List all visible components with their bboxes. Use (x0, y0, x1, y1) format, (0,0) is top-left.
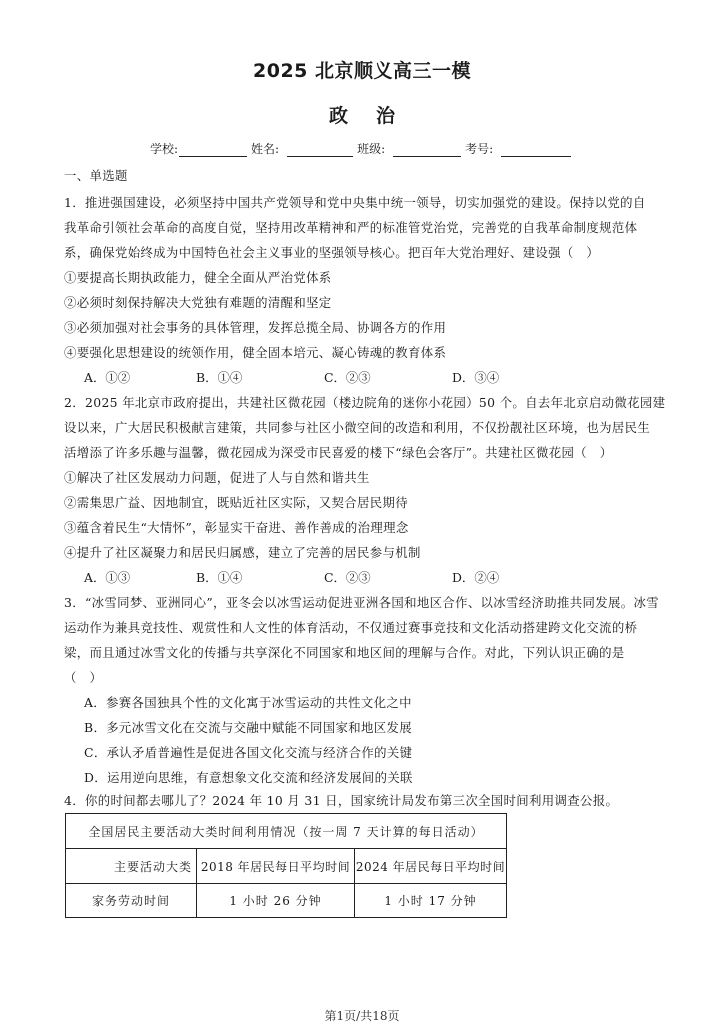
page-indicator: 第1页/共18页 (0, 1007, 724, 1024)
question-text-line: 设以来，广大居民积极献言建策，共同参与社区小微空间的改造和利用，不仅扮靓社区环境… (64, 418, 650, 436)
question-text-line: 4．你的时间都去哪儿了？2024 年 10 月 31 日，国家统计局发布第三次全… (64, 791, 618, 809)
school-field[interactable] (179, 144, 247, 157)
question-text-line: 系，确保党始终成为中国特色社会主义事业的坚强领导核心。把百年大党治理好、建设强（… (64, 243, 599, 261)
option-a[interactable]: A．①② (84, 368, 130, 386)
table-cell-category: 家务劳动时间 (66, 884, 197, 918)
statement-2: ②必须时刻保持解决大党独有难题的清醒和坚定 (64, 293, 332, 311)
statement-2: ②需集思广益、因地制宜，既贴近社区实际，又契合居民期待 (64, 493, 408, 511)
statement-1: ①要提高长期执政能力，健全全面从严治党体系 (64, 268, 332, 286)
option-c[interactable]: C．承认矛盾普遍性是促进各国文化交流与经济合作的关键 (84, 743, 412, 761)
option-d[interactable]: D．②④ (452, 568, 499, 586)
statement-1: ①解决了社区发展动力问题，促进了人与自然和谐共生 (64, 468, 370, 486)
option-d[interactable]: D．③④ (452, 368, 499, 386)
statement-3: ③蕴含着民生“大情怀”，彰显实干奋进、善作善成的治理理念 (64, 518, 409, 536)
option-b[interactable]: B．多元冰雪文化在交流与交融中赋能不同国家和地区发展 (84, 718, 412, 736)
table-header-category: 主要活动大类 (66, 849, 197, 884)
option-d[interactable]: D．运用逆向思维，有意想象文化交流和经济发展间的关联 (84, 768, 413, 786)
table-row: 家务劳动时间 1 小时 26 分钟 1 小时 17 分钟 (66, 884, 507, 918)
option-c[interactable]: C．②③ (324, 568, 371, 586)
question-text-line: （ ） (64, 668, 102, 686)
question-text-line: 活增添了许多乐趣与温馨，微花园成为深受市民喜爱的楼下“绿色会客厅”。共建社区微花… (64, 443, 612, 461)
table-cell-2018: 1 小时 26 分钟 (197, 884, 355, 918)
table-caption: 全国居民主要活动大类时间利用情况（按一周 7 天计算的每日活动） (66, 814, 507, 849)
statement-4: ④提升了社区凝聚力和居民归属感，建立了完善的居民参与机制 (64, 543, 421, 561)
exam-number-label: 考号: (465, 140, 493, 157)
table-header-2024: 2024 年居民每日平均时间 (355, 849, 507, 884)
student-info-row: 学校: 姓名: 班级: 考号: (150, 140, 575, 157)
question-text-line: 1．推进强国建设，必须坚持中国共产党领导和党中央集中统一领导，切实加强党的建设。… (64, 193, 646, 211)
statement-3: ③必须加强对社会事务的具体管理，发挥总揽全局、协调各方的作用 (64, 318, 446, 336)
school-label: 学校: (150, 140, 178, 157)
name-label: 姓名: (251, 140, 279, 157)
statement-4: ④要强化思想建设的统领作用，健全固本培元、凝心铸魂的教育体系 (64, 343, 446, 361)
question-text-line: 运动作为兼具竞技性、观赏性和人文性的体育活动，不仅通过赛事竞技和文化活动搭建跨文… (64, 618, 637, 636)
option-c[interactable]: C．②③ (324, 368, 371, 386)
question-text-line: 3．“冰雪同梦、亚洲同心”，亚冬会以冰雪运动促进亚洲各国和地区合作、以冰雪经济助… (64, 593, 659, 611)
class-field[interactable] (393, 144, 461, 157)
table-header-2018: 2018 年居民每日平均时间 (197, 849, 355, 884)
question-text-line: 我革命引领社会革命的高度自觉，坚持用改革精神和严的标准管党治党，完善党的自我革命… (64, 218, 637, 236)
class-label: 班级: (357, 140, 385, 157)
option-a[interactable]: A．参赛各国独具个性的文化寓于冰雪运动的共性文化之中 (84, 693, 412, 711)
question-text-line: 2．2025 年北京市政府提出，共建社区微花园（楼边院角的迷你小花园）50 个。… (64, 393, 665, 411)
option-b[interactable]: B．①④ (196, 368, 242, 386)
option-b[interactable]: B．①④ (196, 568, 242, 586)
exam-title: 2025 北京顺义高三一模 (0, 56, 724, 83)
table-cell-2024: 1 小时 17 分钟 (355, 884, 507, 918)
question-text-line: 梁，而且通过冰雪文化的传播与共享深化不同国家和地区间的理解与合作。对此，下列认识… (64, 643, 625, 661)
time-use-table: 全国居民主要活动大类时间利用情况（按一周 7 天计算的每日活动） 主要活动大类 … (65, 813, 507, 918)
exam-number-field[interactable] (501, 144, 571, 157)
name-field[interactable] (287, 144, 353, 157)
section-heading: 一、单选题 (64, 166, 128, 184)
exam-subject: 政治 (0, 101, 724, 128)
option-a[interactable]: A．①③ (84, 568, 130, 586)
